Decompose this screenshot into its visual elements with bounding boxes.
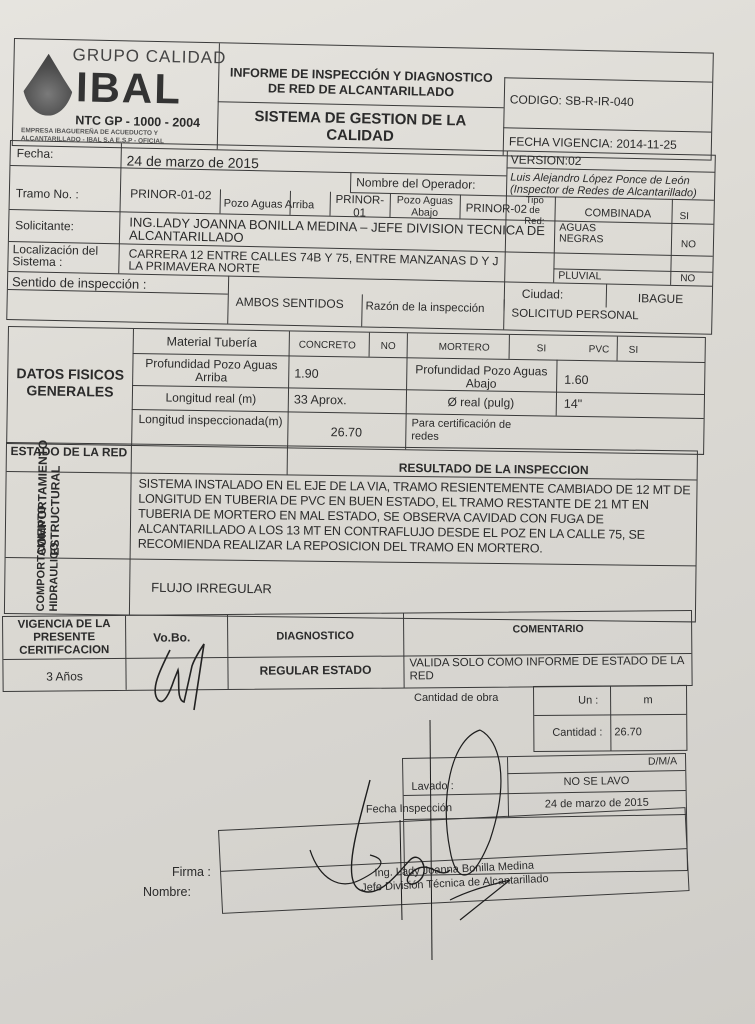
date-value: 24 de marzo de 2015: [126, 153, 259, 171]
upstream-manhole-value: PRINOR-01: [331, 194, 388, 220]
logo-brand: IBAL: [75, 64, 182, 112]
inspection-report-page: GRUPO CALIDAD IBAL NTC GP - 1000 - 2004 …: [0, 0, 755, 1024]
certification-block: VIGENCIA DE LA PRESENTE CERITIFCACION Vo…: [2, 610, 693, 692]
operator-label: Nombre del Operador:: [356, 176, 476, 192]
real-length-label: Longitud real (m): [136, 391, 286, 407]
washing-label: Lavado :: [411, 780, 453, 793]
network-status-block: ESTADO DE LA RED RESULTADO DE LA INSPECC…: [4, 442, 698, 622]
date-format-label: D/M/A: [509, 756, 683, 771]
unit-label: Un :: [578, 695, 598, 707]
report-title: INFORME DE INSPECCIÓN Y DIAGNOSTICO DE R…: [220, 65, 503, 101]
diagnosis-value: REGULAR ESTADO: [229, 664, 401, 679]
date-label: Fecha:: [17, 147, 54, 161]
section-label: Tramo No. :: [16, 187, 79, 202]
signature-label: Firma :: [172, 866, 211, 880]
downstream-manhole-value: PRINOR-02: [466, 203, 528, 217]
upstream-depth-value: 1.90: [294, 368, 319, 382]
material-pvc-label: PVC: [589, 344, 610, 355]
material-concrete-value: NO: [381, 341, 396, 352]
document-code: CODIGO: SB-R-IR-040: [510, 93, 634, 109]
material-concrete-label: CONCRETO: [299, 340, 356, 352]
inspection-reason-label: Razón de la inspección: [365, 300, 484, 315]
network-sewage-label: AGUAS NEGRAS: [559, 223, 629, 246]
network-status-label: ESTADO DE LA RED: [9, 445, 129, 459]
inspection-reason-value: SOLICITUD PERSONAL: [511, 308, 638, 323]
downstream-manhole-label: Pozo Aguas Abajo: [391, 195, 457, 219]
location-label: Localización del Sistema :: [12, 243, 116, 269]
network-sewage-value: NO: [681, 239, 696, 250]
network-combined-value: SI: [679, 211, 689, 222]
pipe-material-label: Material Tubería: [137, 335, 287, 351]
network-storm-value: NO: [680, 273, 695, 284]
material-mortar-label: MORTERO: [439, 342, 490, 354]
real-diameter-label: Ø real (pulg): [408, 395, 554, 410]
signature-box: Ing. Lady Joanna Bonilla Medina Jefe Div…: [218, 807, 690, 914]
inspected-length-value: 26.70: [289, 425, 403, 441]
validity-date: FECHA VIGENCIA: 2014-11-25: [509, 135, 677, 152]
downstream-depth-value: 1.60: [564, 374, 589, 388]
upstream-manhole-label: Pozo Aguas Arriba: [224, 197, 315, 211]
physical-data-block: DATOS FISICOS GENERALES Material Tubería…: [6, 326, 706, 455]
physical-data-section-label: DATOS FISICOS GENERALES: [12, 365, 129, 401]
quantity-label: Cantidad :: [552, 727, 602, 739]
network-storm-label: PLUVIAL: [558, 271, 601, 283]
quantity-value: 26.70: [614, 726, 642, 738]
upstream-depth-label: Profundidad Pozo Aguas Arriba: [136, 357, 286, 385]
material-mortar-value: SI: [537, 343, 547, 354]
quality-system-title: SISTEMA DE GESTION DE LA CALIDAD: [219, 107, 502, 147]
real-diameter-value: 14": [564, 398, 583, 412]
work-quantity-label: Cantidad de obra: [414, 692, 498, 704]
hydraulic-behavior-text: FLUJO IRREGULAR: [151, 581, 272, 597]
washing-value: NO SE LAVO: [509, 774, 683, 789]
ibal-water-drop-icon: [21, 53, 74, 116]
inspection-direction-value: AMBOS SENTIDOS: [236, 296, 344, 311]
work-quantity-box: Un : m Cantidad : 26.70: [533, 685, 687, 752]
city-value: IBAGUE: [638, 292, 684, 306]
inspected-length-label: Longitud inspeccionada(m): [135, 413, 285, 428]
inspection-date-label: Fecha Inspección: [366, 802, 452, 816]
unit-value: m: [612, 694, 684, 707]
comment-value: VALIDA SOLO COMO INFORME DE ESTADO DE LA…: [409, 655, 689, 683]
name-label: Nombre:: [143, 886, 191, 900]
structural-behavior-text: SISTEMA INSTALADO EN EL EJE DE LA VIA, T…: [138, 477, 691, 559]
general-info-block: Fecha: 24 de marzo de 2015 VERSION:02 No…: [6, 140, 716, 335]
certification-label: Para certificación de redes: [411, 417, 541, 445]
requester-label: Solicitante:: [15, 219, 74, 233]
diagnosis-label: DIAGNOSTICO: [229, 630, 401, 644]
real-length-value: 33 Aprox.: [294, 394, 347, 409]
material-pvc-value: SI: [629, 345, 639, 356]
downstream-depth-label: Profundidad Pozo Aguas Abajo: [408, 363, 554, 391]
network-combined-label: COMBINADA: [584, 207, 651, 220]
city-label: Ciudad:: [522, 288, 564, 302]
approval-label: Vo.Bo.: [153, 631, 190, 645]
hydraulic-behavior-label: COMPORTAMIENTO HIDRAULICO: [35, 561, 92, 612]
validity-label: VIGENCIA DE LA PRESENTE CERITIFCACION: [5, 618, 123, 658]
section-number: PRINOR-01-02: [126, 187, 216, 202]
version-label: VERSION:02: [511, 153, 582, 168]
validity-value: 3 Años: [5, 670, 123, 684]
comment-label: COMENTARIO: [405, 623, 691, 637]
